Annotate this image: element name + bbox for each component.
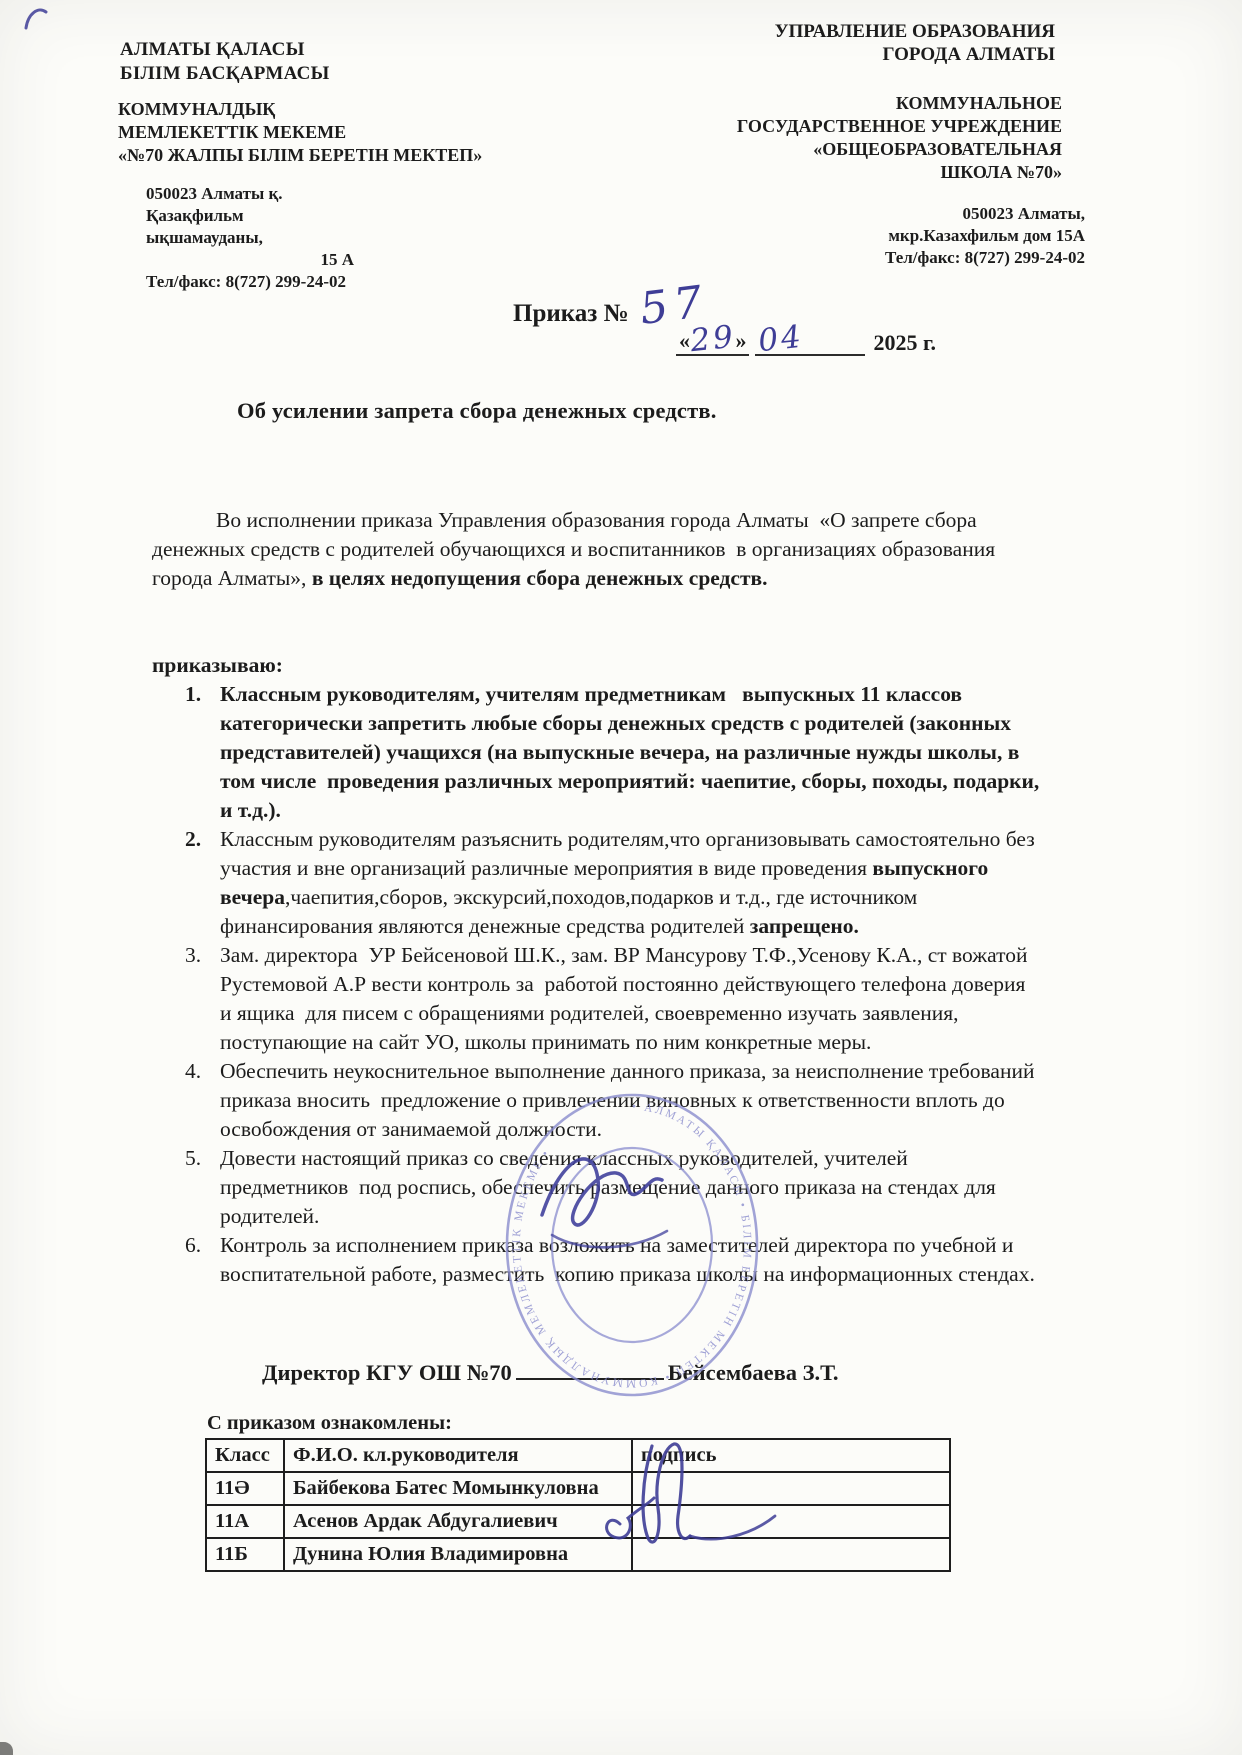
orders-lead-word: приказываю: xyxy=(152,651,1040,680)
header-right-authority-line2: ГОРОДА АЛМАТЫ xyxy=(775,43,1055,66)
order-date-day-handwritten: 29 xyxy=(689,319,738,360)
order-item-1: 1. Классным руководителям, учителям пред… xyxy=(152,680,1040,825)
cell-name: Асенов Ардак Абдугалиевич xyxy=(284,1505,632,1538)
order-item-5-text: Довести настоящий приказ со сведения кла… xyxy=(220,1144,1040,1231)
address-left: 050023 Алматы қ. Қазақфильм ықшамауданы,… xyxy=(146,183,360,293)
header-left-org-line3: «№70 ЖАЛПЫ БІЛІМ БЕРЕТІН МЕКТЕП» xyxy=(118,144,482,167)
order-item-4: 4. Обеспечить неукоснительное выполнение… xyxy=(152,1057,1040,1144)
header-right-organization: КОММУНАЛЬНОЕ ГОСУДАРСТВЕННОЕ УЧРЕЖДЕНИЕ … xyxy=(737,92,1062,184)
address-left-line1: 050023 Алматы қ. xyxy=(146,183,360,205)
director-name: Бейсембаева З.Т. xyxy=(668,1360,839,1386)
header-left-org-line1: КОММУНАЛДЫҚ xyxy=(118,98,482,121)
address-left-phone: Тел/факс: 8(727) 299-24-02 xyxy=(146,271,360,293)
cell-class: 11А xyxy=(206,1505,284,1538)
header-left-organization: КОММУНАЛДЫҚ МЕМЛЕКЕТТІК МЕКЕМЕ «№70 ЖАЛП… xyxy=(118,98,482,167)
header-right-authority: УПРАВЛЕНИЕ ОБРАЗОВАНИЯ ГОРОДА АЛМАТЫ xyxy=(775,20,1055,66)
order-item-2-seg4-bold: запрещено. xyxy=(750,914,859,938)
table-row: 11Ә Байбекова Батес Момынкуловна xyxy=(206,1472,950,1505)
header-left-org-line2: МЕМЛЕКЕТТІК МЕКЕМЕ xyxy=(118,121,482,144)
header-right-org-line4: ШКОЛА №70» xyxy=(737,161,1062,184)
address-right-line2: мкр.Казахфильм дом 15А xyxy=(885,225,1085,247)
header-right-authority-line1: УПРАВЛЕНИЕ ОБРАЗОВАНИЯ xyxy=(775,20,1055,43)
order-item-4-text: Обеспечить неукоснительное выполнение да… xyxy=(220,1057,1040,1144)
cell-name: Дунина Юлия Владимировна xyxy=(284,1538,632,1571)
order-label: Приказ № xyxy=(513,300,629,328)
column-header-name: Ф.И.О. кл.руководителя xyxy=(284,1439,632,1472)
director-signature-line: Директор КГУ ОШ №70 Бейсембаева З.Т. xyxy=(262,1352,839,1386)
address-right: 050023 Алматы, мкр.Казахфильм дом 15А Те… xyxy=(885,203,1085,269)
order-item-6: 6. Контроль за исполнением приказа возло… xyxy=(152,1231,1040,1289)
order-item-3-number: 3. xyxy=(185,941,220,1057)
order-date-month-handwritten: 04 xyxy=(757,319,806,360)
column-header-class: Класс xyxy=(206,1439,284,1472)
address-left-line2: Қазақфильм ықшамауданы, xyxy=(146,205,360,249)
header-left-authority-line1: АЛМАТЫ ҚАЛАСЫ xyxy=(120,38,330,62)
order-date: «29» 04 2025 г. xyxy=(676,318,936,356)
order-item-6-number: 6. xyxy=(185,1231,220,1289)
document-body: Во исполнении приказа Управления образов… xyxy=(152,448,1040,1289)
order-item-2-number: 2. xyxy=(185,825,220,941)
cell-name: Байбекова Батес Момынкуловна xyxy=(284,1472,632,1505)
acknowledgement-caption: С приказом ознакомлены: xyxy=(207,1412,452,1435)
cell-signature xyxy=(632,1505,950,1538)
order-item-3-text: Зам. директора УР Бейсеновой Ш.К., зам. … xyxy=(220,941,1040,1057)
table-row: 11Б Дунина Юлия Владимировна xyxy=(206,1538,950,1571)
order-item-6-text: Контроль за исполнением приказа возложит… xyxy=(220,1231,1040,1289)
order-item-1-text: Классным руководителям, учителям предмет… xyxy=(220,680,1040,825)
header-left-authority: АЛМАТЫ ҚАЛАСЫ БІЛІМ БАСҚАРМАСЫ xyxy=(120,38,330,86)
header-right-org-line3: «ОБЩЕОБРАЗОВАТЕЛЬНАЯ xyxy=(737,138,1062,161)
cell-class: 11Б xyxy=(206,1538,284,1571)
order-item-5: 5. Довести настоящий приказ со сведения … xyxy=(152,1144,1040,1231)
order-item-1-number: 1. xyxy=(185,680,220,825)
cell-class: 11Ә xyxy=(206,1472,284,1505)
signature-underline xyxy=(516,1352,664,1380)
table-row: 11А Асенов Ардак Абдугалиевич xyxy=(206,1505,950,1538)
header-left-authority-line2: БІЛІМ БАСҚАРМАСЫ xyxy=(120,62,330,86)
address-left-line3: 15 А xyxy=(146,249,360,271)
header-right-org-line1: КОММУНАЛЬНОЕ xyxy=(737,92,1062,115)
intro-seg2-bold: в целях недопущения сбора денежных средс… xyxy=(312,566,768,590)
scan-artifact xyxy=(0,1742,13,1755)
order-date-year: 2025 г. xyxy=(873,330,936,356)
corner-ink-mark xyxy=(18,2,60,34)
order-date-day-group: «29» xyxy=(676,318,749,356)
acknowledgement-table: Класс Ф.И.О. кл.руководителя подпись 11Ә… xyxy=(205,1438,951,1572)
address-right-phone: Тел/факс: 8(727) 299-24-02 xyxy=(885,247,1085,269)
intro-text: Во исполнении приказа Управления образов… xyxy=(152,506,1040,593)
order-date-month-group: 04 xyxy=(755,318,865,356)
table-header-row: Класс Ф.И.О. кл.руководителя подпись xyxy=(206,1439,950,1472)
cell-signature xyxy=(632,1472,950,1505)
order-item-2-text: Классным руководителям разъяснить родите… xyxy=(220,825,1040,941)
intro-paragraph: Во исполнении приказа Управления образов… xyxy=(152,448,1040,651)
order-item-4-number: 4. xyxy=(185,1057,220,1144)
order-item-3: 3. Зам. директора УР Бейсеновой Ш.К., за… xyxy=(152,941,1040,1057)
cell-signature xyxy=(632,1538,950,1571)
order-item-2: 2. Классным руководителям разъяснить род… xyxy=(152,825,1040,941)
scanned-order-document: АЛМАТЫ ҚАЛАСЫ БІЛІМ БАСҚАРМАСЫ КОММУНАЛД… xyxy=(0,0,1242,1755)
order-item-5-number: 5. xyxy=(185,1144,220,1231)
director-role: Директор КГУ ОШ №70 xyxy=(262,1360,512,1386)
address-right-line1: 050023 Алматы, xyxy=(885,203,1085,225)
document-title: Об усилении запрета сбора денежных средс… xyxy=(237,398,717,424)
column-header-signature: подпись xyxy=(632,1439,950,1472)
quote-open: « xyxy=(679,328,690,354)
header-right-org-line2: ГОСУДАРСТВЕННОЕ УЧРЕЖДЕНИЕ xyxy=(737,115,1062,138)
